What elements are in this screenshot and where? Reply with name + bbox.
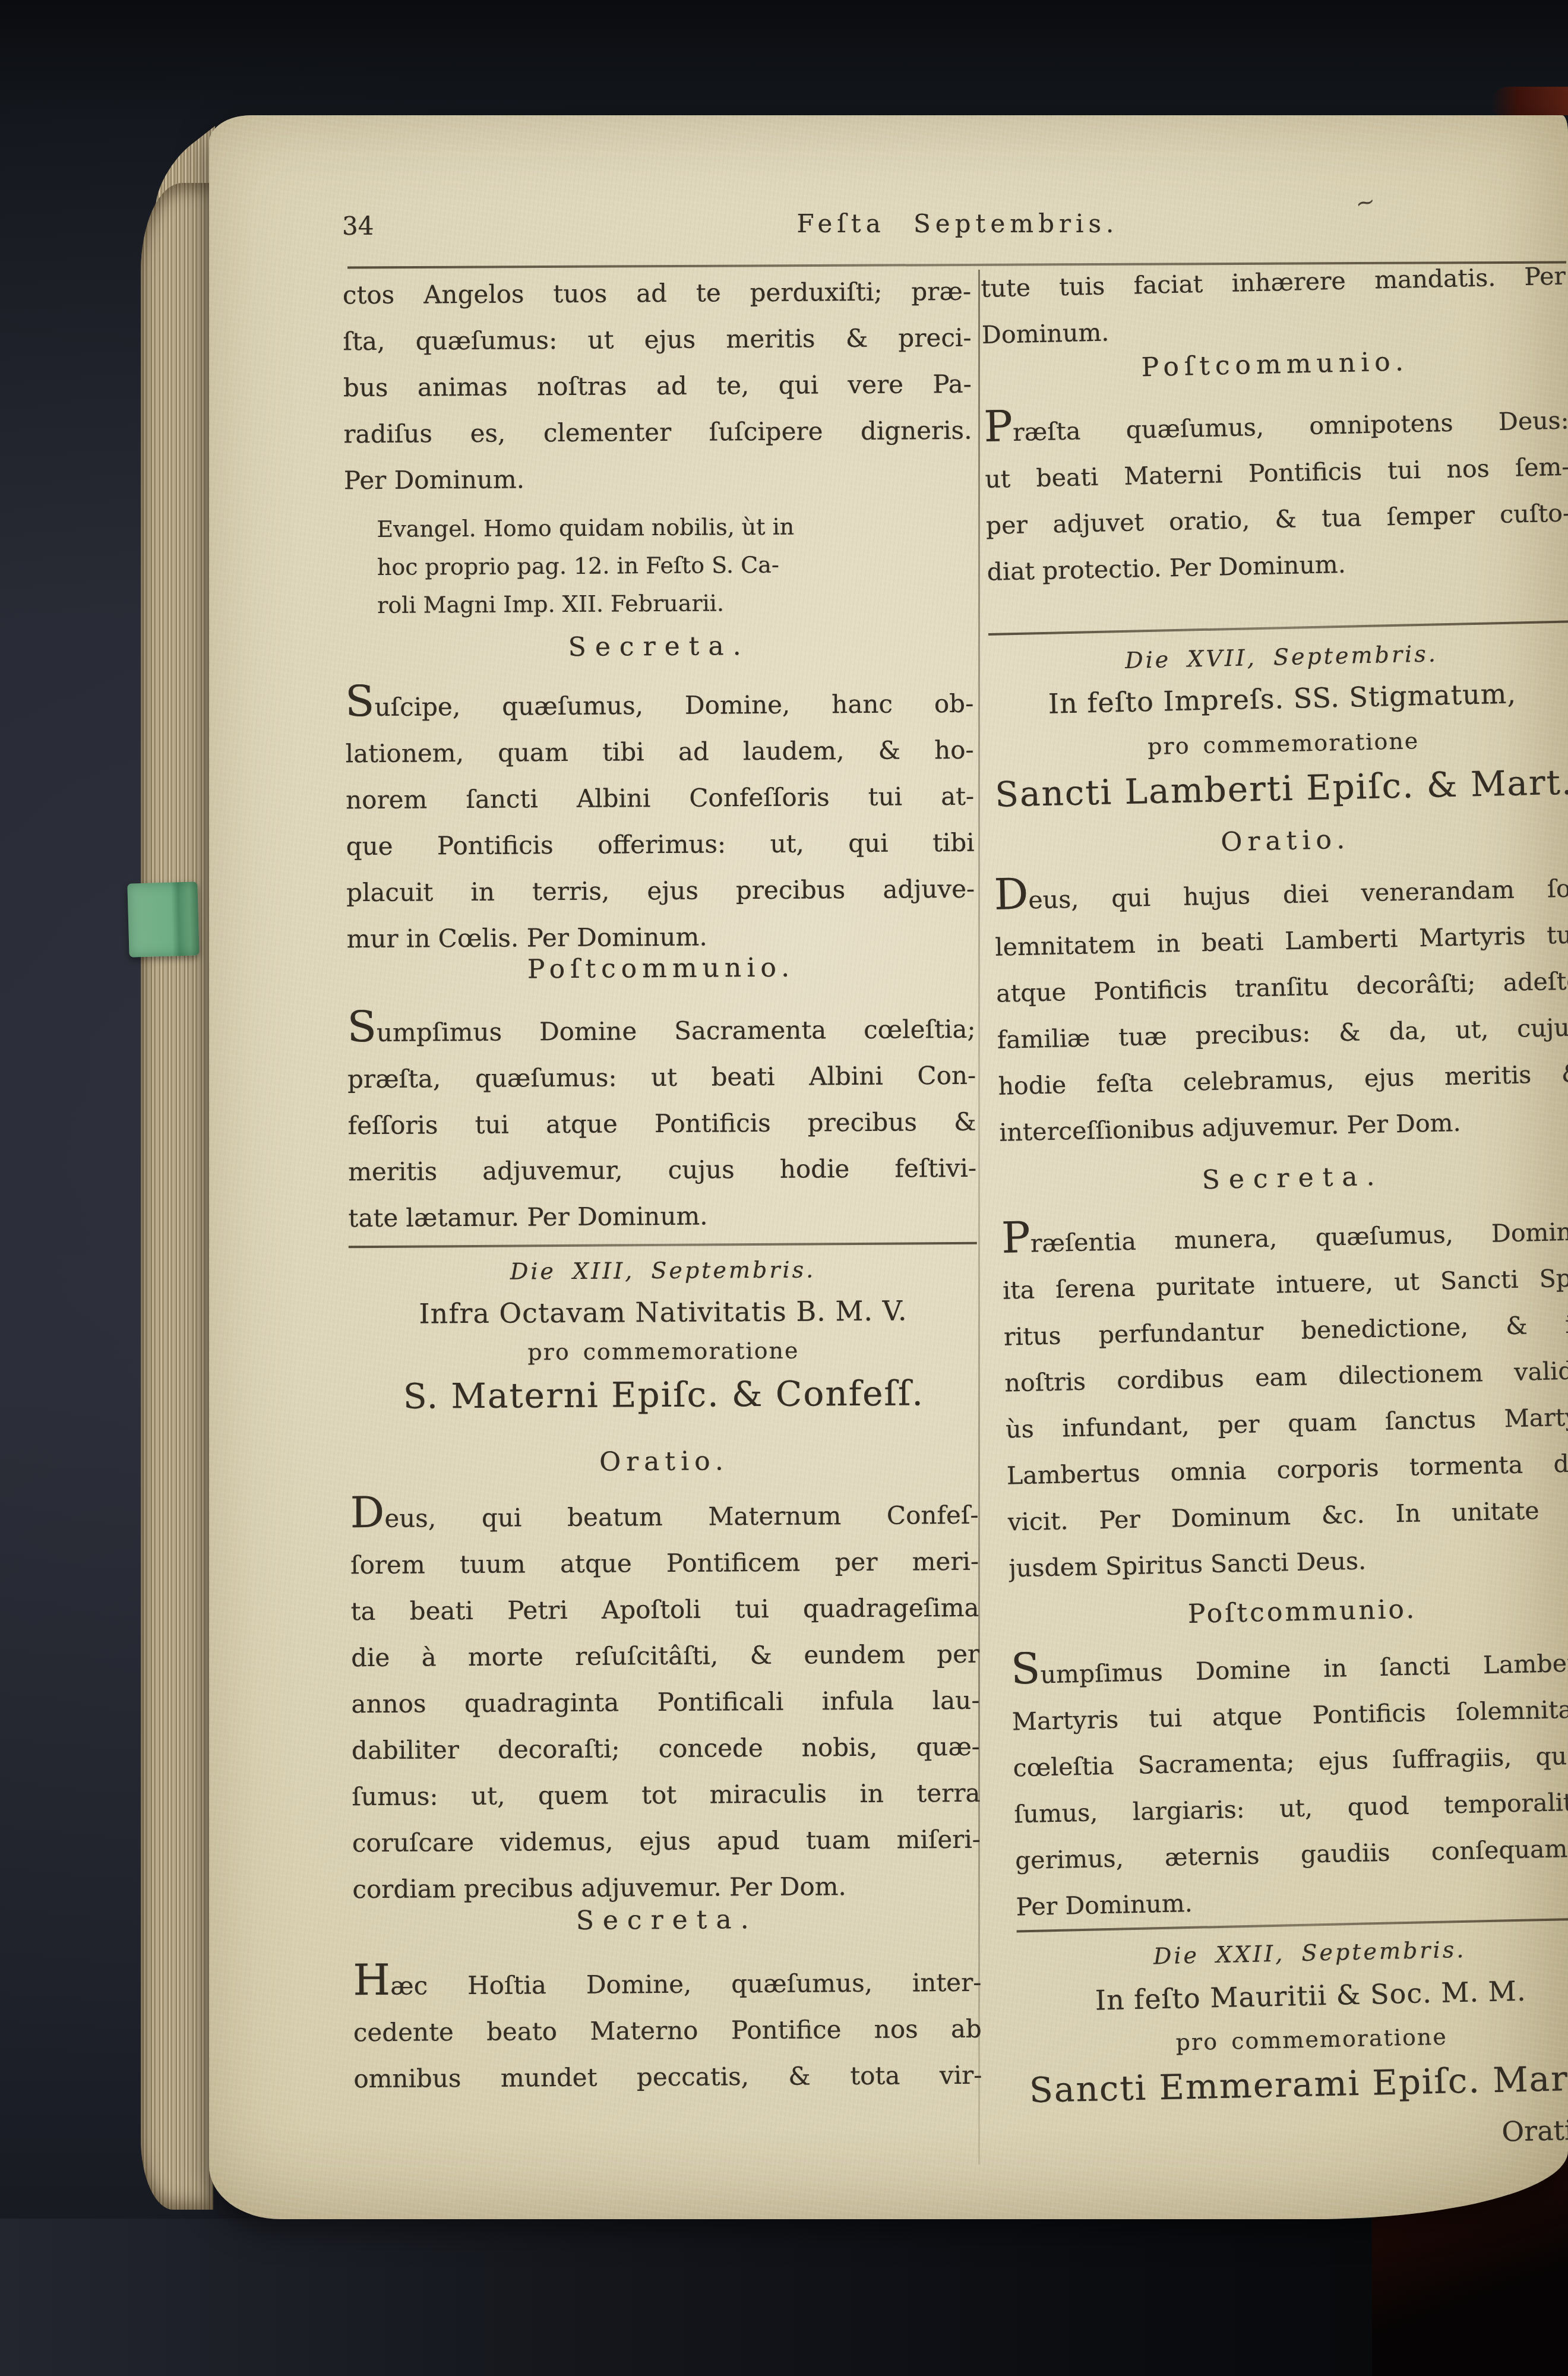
text-line: ctos Angelos tuos ad te perduxiſti; præ- xyxy=(343,268,971,318)
text-line: ſorem tuum atque Pontificem per meri- xyxy=(350,1538,979,1588)
text-line: omnibus mundet peccatis, & tota vir- xyxy=(353,2052,982,2102)
feast-date-heading: Die XIII, Septembris. xyxy=(349,1252,977,1290)
postcommunio-heading: Poſtcommunio. xyxy=(1009,1587,1568,1636)
photo-of-open-book: { "page": { "number": "34", "running_hea… xyxy=(0,0,1568,2376)
evangel-rubric-note: Evangel. Homo quidam nobilis, ùt inhoc p… xyxy=(344,507,973,624)
secreta-heading: Secreta. xyxy=(1000,1154,1568,1203)
text-line: Hæc Hoſtia Domine, quæſumus, inter- xyxy=(353,1960,981,2010)
oratio-heading: Oratio. xyxy=(350,1442,978,1482)
feast-occasion: In feſto Impreſs. SS. Stigmatum, xyxy=(990,674,1568,723)
initial-capital: P xyxy=(984,401,1013,451)
text-line: Deus, qui beatum Maternum Confeſ- xyxy=(350,1492,978,1542)
text-line: feſſoris tui atque Pontificis precibus & xyxy=(347,1099,976,1149)
left-column: ctos Angelos tuos ad te perduxiſti; præ-… xyxy=(341,0,984,2376)
feast-date-heading: Die XXII, Septembris. xyxy=(1017,1929,1568,1976)
postcommunio-heading: Poſtcommunio. xyxy=(347,949,975,989)
text-line: præſta, quæſumus: ut beati Albini Con- xyxy=(347,1053,976,1102)
oratio-prayer: Deus, qui beatum Maternum Confeſ-ſorem t… xyxy=(350,1492,981,1913)
pro-commemoratione-label: pro commemoratione xyxy=(1019,2017,1568,2062)
text-line: ſta, quæſumus: ut ejus meritis & preci- xyxy=(343,315,971,365)
feast-title: S. Materni Epiſc. & Confeſſ. xyxy=(349,1369,978,1420)
initial-capital: H xyxy=(353,1960,390,2005)
pro-commemoratione-label: pro commemoratione xyxy=(349,1334,978,1369)
feast-title: Sancti Lamberti Epiſc. & Mart. xyxy=(991,758,1568,818)
text-line: roli Magni Imp. XII. Februarii. xyxy=(377,583,973,624)
text-line: coruſcare videmus, ejus apud tuam miſeri… xyxy=(352,1816,981,1866)
text-line: die à morte reſuſcitâſti, & eundem per xyxy=(351,1631,979,1681)
text-line: annos quadraginta Pontificali infula lau… xyxy=(351,1677,979,1727)
text-line: hoc proprio pag. 12. in Feſto S. Ca- xyxy=(377,545,973,586)
initial-capital: S xyxy=(345,681,375,726)
pro-commemoratione-label: pro commemoratione xyxy=(991,721,1568,766)
text-line: tate lætamur. Per Dominum. xyxy=(348,1192,976,1241)
postcommunio-prayer: Præſta quæſumus, omnipotens Deus:ut beat… xyxy=(984,397,1568,595)
text-line: dabiliter decoraſti; concede nobis, quæ- xyxy=(352,1724,980,1774)
feast-occasion: Infra Octavam Nativitatis B. M. V. xyxy=(349,1292,977,1332)
initial-capital: D xyxy=(350,1492,384,1537)
secreta-prayer: Præſentia munera, quæſumus, Domineita ſe… xyxy=(1001,1208,1568,1591)
section-rule xyxy=(349,1242,977,1248)
text-line: Suſcipe, quæſumus, Domine, hanc ob- xyxy=(345,681,973,731)
postcommunio-prayer: Sumpſimus Domine in ſancti LambertiMarty… xyxy=(1010,1639,1568,1930)
text-line: placuit in terris, ejus precibus adjuve- xyxy=(346,866,975,916)
secreta-heading: Secreta. xyxy=(353,1900,981,1941)
feast-date-heading: Die XVII, Septembris. xyxy=(988,633,1568,680)
bookmark-ribbon xyxy=(127,881,199,957)
text-line: bus animas noſtras ad te, qui vere Pa- xyxy=(343,361,972,411)
text-line: Per Dominum. xyxy=(344,454,972,504)
text-line: Sumpſimus Domine Sacramenta cœleſtia; xyxy=(347,1006,975,1056)
feast-occasion: In feſto Mauritii & Soc. M. M. xyxy=(1018,1971,1568,2020)
secreta-prayer: Suſcipe, quæſumus, Domine, hanc ob-latio… xyxy=(345,681,975,962)
text-line: norem ſancti Albini Confeſſoris tui at- xyxy=(346,773,974,823)
initial-capital: S xyxy=(347,1006,377,1051)
text-line: ſumus: ut, quem tot miraculis in terra xyxy=(352,1770,980,1820)
text-line: Evangel. Homo quidam nobilis, ùt in xyxy=(377,507,972,548)
initial-capital: S xyxy=(1010,1643,1041,1693)
initial-capital: D xyxy=(994,869,1029,920)
feast-title: Sancti Emmerami Epiſc. Mart. xyxy=(1020,2054,1568,2114)
secreta-heading: Secreta. xyxy=(344,627,973,667)
right-column: tute tuis faciat inhærere mandatis. PerD… xyxy=(975,0,1568,2375)
text-line: meritis adjuvemur, cujus hodie feſtivi- xyxy=(348,1145,976,1195)
oratio-heading: Oratio. xyxy=(992,816,1568,865)
text-line: que Pontificis offerimus: ut, qui tibi xyxy=(346,820,974,870)
oratio-prayer: Deus, qui hujus diei venerandam ſo-lemni… xyxy=(994,865,1568,1155)
secreta-prayer: Hæc Hoſtia Domine, quæſumus, inter-ceden… xyxy=(353,1960,982,2102)
text-line: lationem, quam tibi ad laudem, & ho- xyxy=(346,727,974,777)
initial-capital: P xyxy=(1001,1212,1031,1263)
paragraph-continuation: ctos Angelos tuos ad te perduxiſti; præ-… xyxy=(343,268,972,504)
text-line: radiſus es, clementer ſuſcipere digneris… xyxy=(343,407,972,457)
page-stack-fore-edge xyxy=(141,183,213,2210)
text-line: cedente beato Materno Pontifice nos ab xyxy=(353,2006,982,2056)
section-rule xyxy=(988,620,1568,635)
oratio-heading: Oratio. xyxy=(1021,2111,1568,2160)
text-line: ta beati Petri Apoſtoli tui quadrageſima xyxy=(350,1585,979,1635)
postcommunio-prayer: Sumpſimus Domine Sacramenta cœleſtia;præ… xyxy=(347,1006,976,1241)
